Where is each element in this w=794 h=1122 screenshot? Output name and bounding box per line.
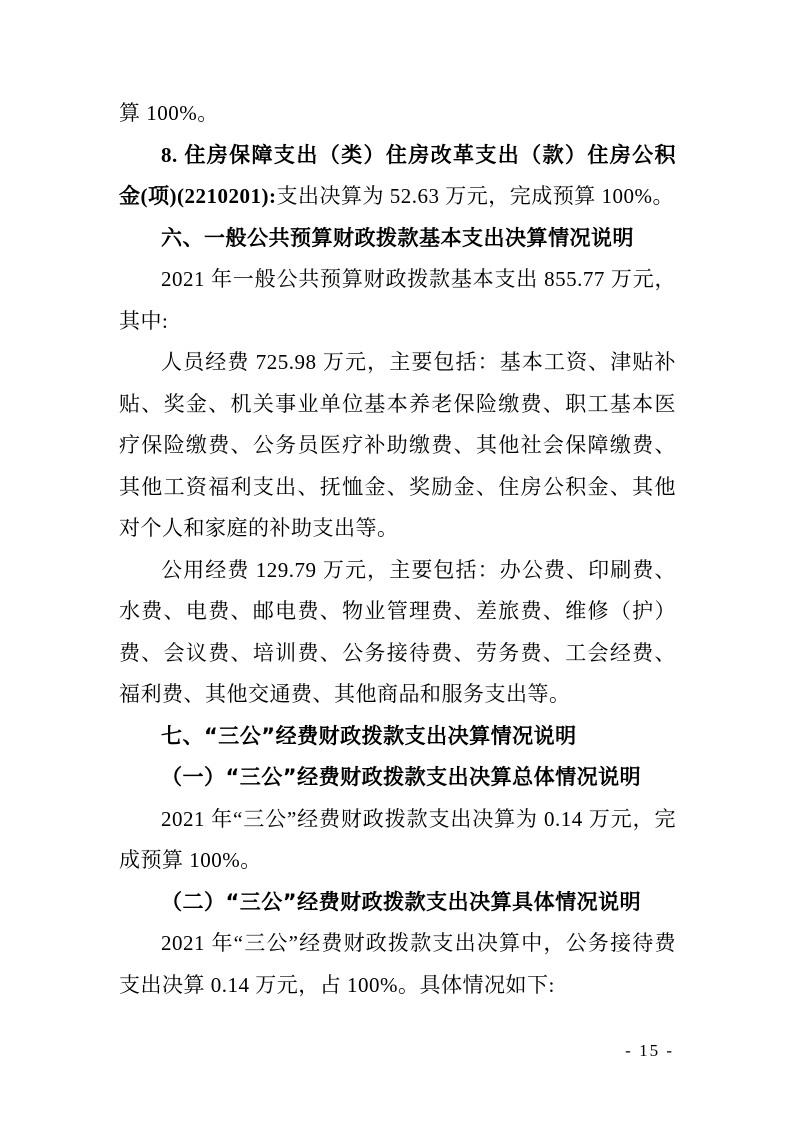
heading-section-7-1: （一）“三公”经费财政拨款支出决算总体情况说明 <box>119 757 676 799</box>
paragraph-personnel-funds: 人员经费 725.98 万元，主要包括：基本工资、津贴补贴、奖金、机关事业单位基… <box>119 342 676 550</box>
page-content: 算 100%。 8. 住房保障支出（类）住房改革支出（款）住房公积金(项)(22… <box>119 93 676 1006</box>
paragraph-sangong-total: 2021 年“三公”经费财政拨款支出决算为 0.14 万元，完成预算 100%。 <box>119 799 676 882</box>
paragraph-basic-expenditure-total: 2021 年一般公共预算财政拨款基本支出 855.77 万元，其中: <box>119 259 676 342</box>
paragraph-continuation: 算 100%。 <box>119 93 676 135</box>
page-number: - 15 - <box>625 1041 674 1061</box>
paragraph-public-funds: 公用经费 129.79 万元，主要包括：办公费、印刷费、水费、电费、邮电费、物业… <box>119 550 676 716</box>
heading-section-6: 六、一般公共预算财政拨款基本支出决算情况说明 <box>119 218 676 260</box>
heading-section-7-2: （二）“三公”经费财政拨款支出决算具体情况说明 <box>119 882 676 924</box>
paragraph-item-8: 8. 住房保障支出（类）住房改革支出（款）住房公积金(项)(2210201):支… <box>119 135 676 218</box>
item-8-body-text: 支出决算为 52.63 万元，完成预算 100%。 <box>276 184 674 208</box>
heading-section-7: 七、“三公”经费财政拨款支出决算情况说明 <box>119 716 676 758</box>
document-page: 算 100%。 8. 住房保障支出（类）住房改革支出（款）住房公积金(项)(22… <box>0 0 794 1122</box>
paragraph-sangong-detail: 2021 年“三公”经费财政拨款支出决算中，公务接待费支出决算 0.14 万元，… <box>119 923 676 1006</box>
